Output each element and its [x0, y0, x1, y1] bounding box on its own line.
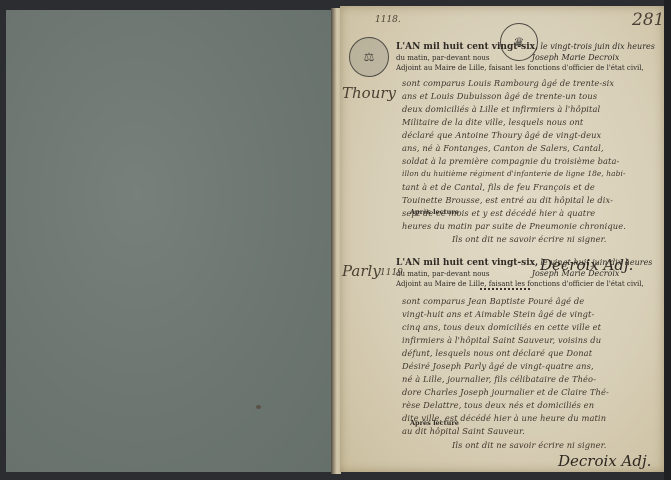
stain-mark: [256, 405, 261, 409]
margin-surname: Parly: [342, 262, 381, 280]
record-line: infirmiers à l'hôpital Saint Sauveur, vo…: [402, 335, 601, 345]
closing-statement: Ils ont dit ne savoir écrire ni signer.: [452, 234, 607, 244]
entry-divider: [480, 288, 530, 290]
record-line: au dit hôpital Saint Sauveur.: [402, 426, 525, 436]
apres-lecture-label: Après lecture: [410, 208, 459, 216]
record-line: ans, né à Fontanges, Canton de Salers, C…: [402, 143, 604, 153]
fiscal-stamp-icon: ⚖: [349, 37, 389, 77]
form-prefix: du matin, par-devant nous: [396, 54, 490, 62]
record-line: deux domiciliés à Lille et infirmiers à …: [402, 104, 600, 114]
record-line: rèse Delattre, tous deux nés et domicili…: [402, 400, 594, 410]
handwritten-officer: Joseph Marie Decroix: [532, 269, 620, 278]
record-line: déclaré que Antoine Thoury âgé de vingt-…: [402, 130, 601, 140]
record-line: sont comparus Louis Rambourg âgé de tren…: [402, 78, 614, 88]
record-line: cinq ans, tous deux domiciliés en cette …: [402, 322, 601, 332]
register-cover-board: [6, 10, 333, 472]
form-line-2: du matin, par-devant nous Joseph Marie D…: [396, 269, 619, 278]
record-line: défunt, lesquels nous ont déclaré que Do…: [402, 348, 592, 358]
folio-number-right: 281: [632, 10, 664, 30]
officer-signature: Decroix Adj.: [558, 452, 651, 470]
record-line: sont comparus Jean Baptiste Pouré âgé de: [402, 296, 584, 306]
record-line: heures du matin par suite de Pneumonie c…: [402, 221, 626, 231]
record-line: Désiré Joseph Parly âgé de vingt-quatre …: [402, 361, 594, 371]
form-line-3: Adjoint au Maire de Lille, faisant les f…: [396, 280, 644, 288]
form-prefix: L'AN mil huit cent vingt-six,: [396, 258, 538, 268]
record-line: né à Lille, journalier, fils célibataire…: [402, 374, 596, 384]
form-line-3: Adjoint au Maire de Lille, faisant les f…: [396, 64, 644, 72]
form-prefix: du matin, par-devant nous: [396, 270, 490, 278]
handwritten-date: le vingt-huit juin dix heures: [540, 258, 652, 267]
record-line: ans et Louis Dubuisson âgé de trente-un …: [402, 91, 597, 101]
record-line: dore Charles Joseph journalier et de Cla…: [402, 387, 609, 397]
record-line: soldat à la première compagnie du troisi…: [402, 156, 619, 166]
handwritten-date: le vingt-trois juin dix heures: [540, 42, 655, 51]
record-line: Touinette Brousse, est entré au dit hôpi…: [402, 195, 613, 205]
form-line-1: L'AN mil huit cent vingt-six, le vingt-h…: [396, 258, 652, 268]
form-line-1: L'AN mil huit cent vingt-six, le vingt-t…: [396, 42, 655, 52]
apres-lecture-label: Après lecture: [410, 419, 459, 427]
record-line: Militaire de la dite ville, lesquels nou…: [402, 117, 583, 127]
folio-number-left: 1118.: [375, 15, 401, 25]
record-line: tant à et de Cantal, fils de feu Françoi…: [402, 182, 595, 192]
handwritten-officer: Joseph Marie Decroix: [532, 53, 620, 62]
scan-edge: [664, 0, 671, 480]
form-line-2: du matin, par-devant nous Joseph Marie D…: [396, 53, 619, 62]
record-line: vingt-huit ans et Aimable Stein âgé de v…: [402, 309, 594, 319]
closing-statement: Ils ont dit ne savoir écrire ni signer.: [452, 440, 607, 450]
register-page: 1118. 281 ⚖ ♛ Thoury L'AN mil huit cent …: [340, 6, 664, 472]
margin-surname: Thoury: [342, 84, 396, 102]
form-prefix: L'AN mil huit cent vingt-six,: [396, 42, 538, 52]
record-line: illon du huitième régiment d'infanterie …: [402, 169, 626, 178]
